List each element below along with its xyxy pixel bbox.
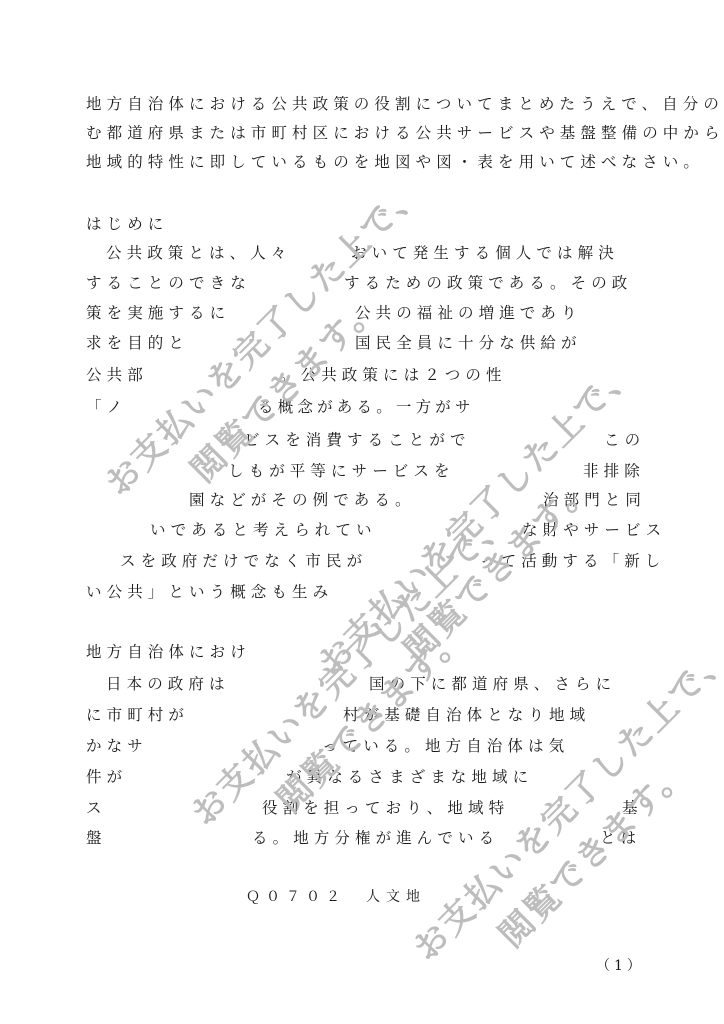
- body-line: 村が基礎自治体となり地域: [343, 705, 590, 725]
- body-line: 「ノ: [86, 397, 127, 417]
- question-line-1: 地方自治体における公共政策の役割についてまとめたうえで、自分の住: [86, 94, 724, 114]
- body-line: 盤: [86, 828, 107, 848]
- body-line: とは: [600, 828, 641, 848]
- body-line: な財やサービス: [522, 520, 666, 540]
- body-line: る。地方分権が進んでいる: [252, 828, 499, 848]
- body-line: 役割を担っており、地域特: [262, 798, 509, 818]
- body-line: 。公共政策には２つの性: [280, 365, 507, 385]
- body-line: ス: [86, 798, 107, 818]
- body-line: スを政府だけでなく市民が: [120, 551, 367, 571]
- body-line: おいて発生する個人では解決: [351, 243, 619, 263]
- section-heading-local-government: 地方自治体におけ: [86, 642, 251, 662]
- body-line: い公共」という概念も生み: [86, 582, 333, 602]
- page-number: （1）: [596, 955, 645, 975]
- body-line: この: [604, 430, 645, 450]
- body-line: かなサ: [86, 736, 148, 756]
- body-line: 国民全員に十分な供給が: [355, 333, 582, 353]
- body-line: る概念がある。一方がサ: [258, 397, 475, 417]
- body-line: 国の下に都道府県、さらに: [369, 674, 616, 694]
- body-line: っている。地方自治体は気: [322, 736, 569, 756]
- body-line: 公共の福祉の増進であり: [355, 303, 582, 323]
- question-line-3: 地域的特性に即しているものを地図や図・表を用いて述べなさい。: [86, 152, 704, 172]
- body-line: ビスを消費することがで: [244, 430, 471, 450]
- body-line: しもが平等にサービスを: [228, 461, 455, 481]
- document-page: 地方自治体における公共政策の役割についてまとめたうえで、自分の住 む都道府県また…: [0, 0, 724, 1024]
- body-line: 件が: [86, 767, 127, 787]
- body-line: 治部門と同: [543, 490, 646, 510]
- question-line-2: む都道府県または市町村区における公共サービスや基盤整備の中から、: [86, 123, 724, 143]
- body-line: 非排除: [583, 461, 645, 481]
- section-heading-intro: はじめに: [86, 214, 168, 234]
- body-line: するための政策である。その政: [344, 273, 632, 293]
- body-line: って活動する「新し: [480, 551, 665, 571]
- body-line: が異なるさまざまな地域に: [286, 767, 533, 787]
- body-line: 求を目的と: [86, 333, 189, 353]
- body-line: に市町村が: [86, 705, 189, 725]
- body-line: することのできな: [86, 273, 251, 293]
- watermark-line-1: お支払いを完了した上で、: [305, 345, 645, 685]
- body-line: 基: [622, 798, 643, 818]
- body-line: 公共政策とは、人々: [106, 243, 291, 263]
- body-line: 園などがその例である。: [189, 490, 416, 510]
- body-line: 公共部: [86, 365, 148, 385]
- body-line: 日本の政府は: [106, 674, 230, 694]
- document-code: Ｑ０７０２ 人文地: [246, 886, 426, 906]
- body-line: 策を実施するに: [86, 303, 230, 323]
- body-line: いであると考えられてい: [150, 520, 377, 540]
